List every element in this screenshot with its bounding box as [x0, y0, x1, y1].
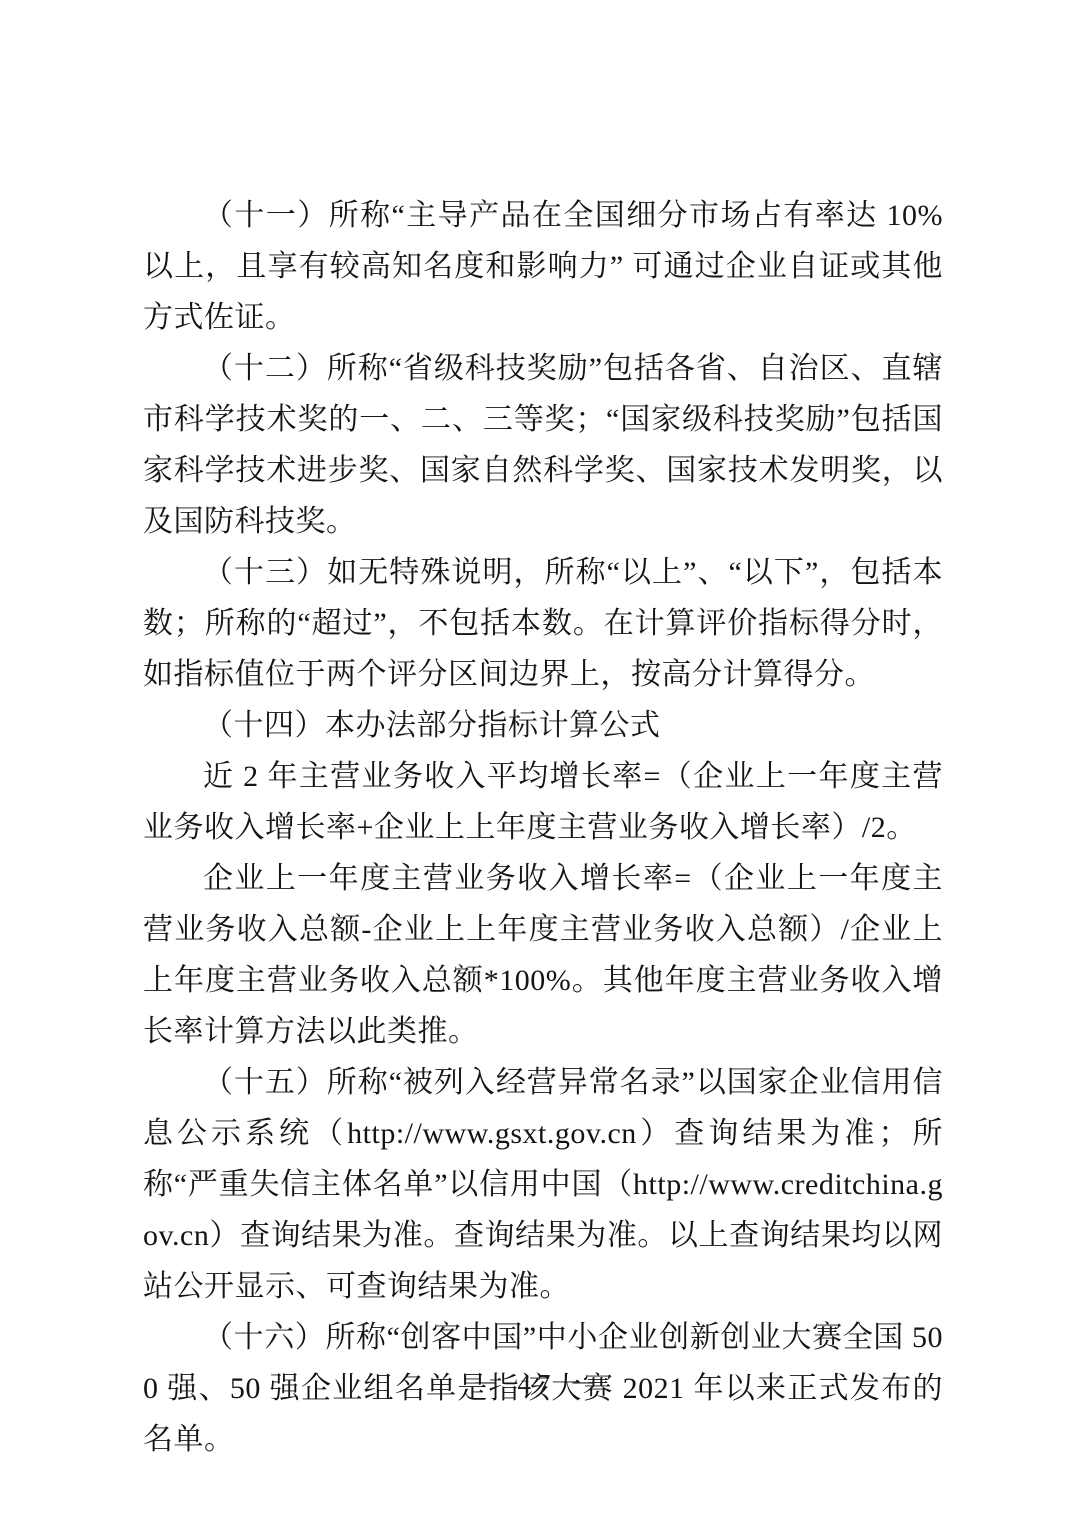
paragraph-item-12: （十二）所称“省级科技奖励”包括各省、自治区、直辖市科学技术奖的一、二、三等奖；…: [143, 343, 943, 547]
paragraph-item-14-formula-1: 近 2 年主营业务收入平均增长率=（企业上一年度主营业务收入增长率+企业上上年度…: [143, 751, 943, 853]
paragraph-item-14-heading: （十四）本办法部分指标计算公式: [143, 700, 943, 751]
document-body: （十一）所称“主导产品在全国细分市场占有率达 10%以上，且享有较高知名度和影响…: [143, 190, 943, 1465]
paragraph-item-15: （十五）所称“被列入经营异常名录”以国家企业信用信息公示系统（http://ww…: [143, 1057, 943, 1312]
page-footer: － 47 －: [0, 1362, 1074, 1401]
paragraph-item-13: （十三）如无特殊说明，所称“以上”、“以下”，包括本数；所称的“超过”，不包括本…: [143, 547, 943, 700]
paragraph-item-14-formula-2: 企业上一年度主营业务收入增长率=（企业上一年度主营业务收入总额-企业上上年度主营…: [143, 853, 943, 1057]
paragraph-item-11: （十一）所称“主导产品在全国细分市场占有率达 10%以上，且享有较高知名度和影响…: [143, 190, 943, 343]
page-number: － 47 －: [472, 1369, 603, 1399]
document-page: （十一）所称“主导产品在全国细分市场占有率达 10%以上，且享有较高知名度和影响…: [0, 0, 1074, 1520]
